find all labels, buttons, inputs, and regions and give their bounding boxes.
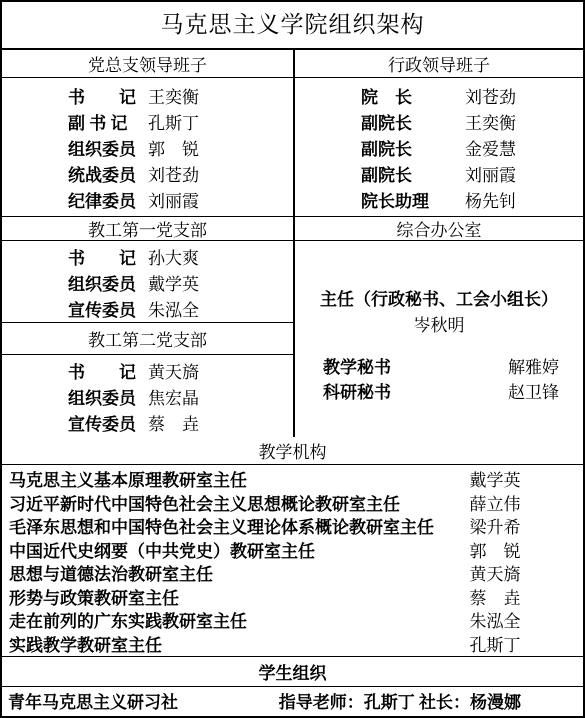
teaching-name: 黄天旖 xyxy=(439,563,551,587)
member-role: 副 书 记 xyxy=(68,111,144,137)
member-name: 孔斯丁 xyxy=(144,111,199,137)
member-name: 蔡 垚 xyxy=(144,412,199,438)
member-row: 纪律委员刘丽霞 xyxy=(2,189,293,215)
member-name: 赵卫锋 xyxy=(508,380,559,405)
section-header-branch1: 教工第一党支部 xyxy=(2,217,293,241)
teaching-name: 郭 锐 xyxy=(439,540,551,564)
advisor-name: 孔斯丁 xyxy=(364,693,415,712)
student-org-row: 青年马克思主义研习社 指导老师：孔斯丁 社长：杨漫娜 xyxy=(2,687,583,716)
member-row: 院长助理杨先钊 xyxy=(295,189,583,215)
member-name: 王奕衡 xyxy=(144,85,199,111)
member-row: 组织委员戴学英 xyxy=(2,272,293,298)
teaching-role: 中国近代史纲要（中共党史）教研室主任 xyxy=(9,540,439,564)
teaching-row: 习近平新时代中国特色社会主义思想概论教研室主任薛立伟 xyxy=(2,493,583,517)
member-role: 宣传委员 xyxy=(68,412,144,438)
member-role: 书 记 xyxy=(68,246,144,272)
office-director-role: 主任（行政秘书、工会小组长） xyxy=(295,287,583,313)
teaching-role: 实践教学教研室主任 xyxy=(9,634,439,658)
member-row: 副 书 记孔斯丁 xyxy=(2,111,293,137)
member-role: 书 记 xyxy=(68,360,144,386)
teaching-row: 走在前列的广东实践教研室主任朱泓全 xyxy=(2,610,583,634)
member-row: 院 长刘苍劲 xyxy=(295,85,583,111)
section-header-party-committee: 党总支领导班子 xyxy=(2,50,293,78)
admin-team-members: 院 长刘苍劲 副院长王奕衡 副院长金爱慧 副院长刘丽霞 院长助理杨先钊 xyxy=(295,78,583,217)
member-role: 副院长 xyxy=(361,137,461,163)
right-column: 行政领导班子 院 长刘苍劲 副院长王奕衡 副院长金爱慧 副院长刘丽霞 院长助理杨… xyxy=(295,50,583,437)
member-name: 朱泓全 xyxy=(144,298,199,324)
member-name: 刘丽霞 xyxy=(144,189,199,215)
member-row: 宣传委员蔡 垚 xyxy=(2,412,293,438)
teaching-role: 思想与道德法治教研室主任 xyxy=(9,563,439,587)
president-label: 社长： xyxy=(419,693,470,712)
left-column: 党总支领导班子 书 记王奕衡 副 书 记孔斯丁 组织委员郭 锐 统战委员刘苍劲 … xyxy=(2,50,295,437)
member-row: 书 记王奕衡 xyxy=(2,85,293,111)
member-row: 统战委员刘苍劲 xyxy=(2,163,293,189)
member-role: 科研秘书 xyxy=(323,380,508,405)
member-role: 纪律委员 xyxy=(68,189,144,215)
teaching-name: 戴学英 xyxy=(439,469,551,493)
section-header-teaching: 教学机构 xyxy=(2,437,583,465)
member-role: 院 长 xyxy=(361,85,461,111)
president-name: 杨漫娜 xyxy=(470,693,521,712)
member-role: 院长助理 xyxy=(361,189,461,215)
teaching-role: 形势与政策教研室主任 xyxy=(9,587,439,611)
member-row: 书 记孙大爽 xyxy=(2,246,293,272)
member-name: 孙大爽 xyxy=(144,246,199,272)
section-header-branch2: 教工第二党支部 xyxy=(2,323,293,355)
member-row: 科研秘书赵卫锋 xyxy=(295,380,583,405)
section-header-students: 学生组织 xyxy=(2,657,583,687)
member-row: 宣传委员朱泓全 xyxy=(2,298,293,324)
member-name: 戴学英 xyxy=(144,272,199,298)
member-role: 书 记 xyxy=(68,85,144,111)
member-row: 书 记黄天旖 xyxy=(2,360,293,386)
teaching-row: 中国近代史纲要（中共党史）教研室主任郭 锐 xyxy=(2,540,583,564)
member-row: 副院长王奕衡 xyxy=(295,111,583,137)
teaching-role: 毛泽东思想和中国特色社会主义理论体系概论教研室主任 xyxy=(9,516,439,540)
branch2-members: 书 记黄天旖 组织委员焦宏晶 宣传委员蔡 垚 xyxy=(2,355,293,437)
member-name: 黄天旖 xyxy=(144,360,199,386)
member-row: 教学秘书解雅婷 xyxy=(295,355,583,380)
member-row: 副院长金爱慧 xyxy=(295,137,583,163)
party-committee-members: 书 记王奕衡 副 书 记孔斯丁 组织委员郭 锐 统战委员刘苍劲 纪律委员刘丽霞 xyxy=(2,78,293,217)
member-name: 杨先钊 xyxy=(461,189,516,215)
teaching-role: 习近平新时代中国特色社会主义思想概论教研室主任 xyxy=(9,493,439,517)
member-row: 组织委员郭 锐 xyxy=(2,137,293,163)
member-name: 焦宏晶 xyxy=(144,386,199,412)
teaching-row: 马克思主义基本原理教研室主任戴学英 xyxy=(2,469,583,493)
member-role: 统战委员 xyxy=(68,163,144,189)
section-header-admin-team: 行政领导班子 xyxy=(295,50,583,78)
teaching-row: 思想与道德法治教研室主任黄天旖 xyxy=(2,563,583,587)
page-title: 马克思主义学院组织架构 xyxy=(2,2,583,50)
student-org-name: 青年马克思主义研习社 xyxy=(8,688,178,713)
member-role: 宣传委员 xyxy=(68,298,144,324)
member-name: 解雅婷 xyxy=(508,355,559,380)
teaching-name: 蔡 垚 xyxy=(439,587,551,611)
upper-grid: 党总支领导班子 书 记王奕衡 副 书 记孔斯丁 组织委员郭 锐 统战委员刘苍劲 … xyxy=(2,50,583,437)
teaching-name: 孔斯丁 xyxy=(439,634,551,658)
teaching-name: 薛立伟 xyxy=(439,493,551,517)
advisor-label: 指导老师： xyxy=(279,693,364,712)
member-name: 金爱慧 xyxy=(461,137,516,163)
section-header-office: 综合办公室 xyxy=(295,217,583,241)
teaching-name: 朱泓全 xyxy=(439,610,551,634)
teaching-row: 毛泽东思想和中国特色社会主义理论体系概论教研室主任梁升希 xyxy=(2,516,583,540)
member-role: 组织委员 xyxy=(68,386,144,412)
member-name: 刘苍劲 xyxy=(144,163,199,189)
teaching-role: 走在前列的广东实践教研室主任 xyxy=(9,610,439,634)
office-cell: 主任（行政秘书、工会小组长） 岑秋明 教学秘书解雅婷 科研秘书赵卫锋 xyxy=(295,241,583,437)
teaching-row: 实践教学教研室主任孔斯丁 xyxy=(2,634,583,658)
teaching-role: 马克思主义基本原理教研室主任 xyxy=(9,469,439,493)
member-role: 组织委员 xyxy=(68,272,144,298)
member-name: 郭 锐 xyxy=(144,137,199,163)
org-chart-table: 马克思主义学院组织架构 党总支领导班子 书 记王奕衡 副 书 记孔斯丁 组织委员… xyxy=(0,0,585,718)
teaching-row: 形势与政策教研室主任蔡 垚 xyxy=(2,587,583,611)
branch1-members: 书 记孙大爽 组织委员戴学英 宣传委员朱泓全 xyxy=(2,241,293,323)
member-role: 组织委员 xyxy=(68,137,144,163)
member-name: 刘苍劲 xyxy=(461,85,516,111)
member-role: 副院长 xyxy=(361,111,461,137)
office-director-name: 岑秋明 xyxy=(295,313,583,339)
member-row: 副院长刘丽霞 xyxy=(295,163,583,189)
member-role: 教学秘书 xyxy=(323,355,508,380)
member-role: 副院长 xyxy=(361,163,461,189)
member-name: 王奕衡 xyxy=(461,111,516,137)
member-row: 组织委员焦宏晶 xyxy=(2,386,293,412)
student-org-officers: 指导老师：孔斯丁 社长：杨漫娜 xyxy=(279,688,521,713)
member-name: 刘丽霞 xyxy=(461,163,516,189)
teaching-list: 马克思主义基本原理教研室主任戴学英 习近平新时代中国特色社会主义思想概论教研室主… xyxy=(2,465,583,657)
teaching-name: 梁升希 xyxy=(439,516,551,540)
